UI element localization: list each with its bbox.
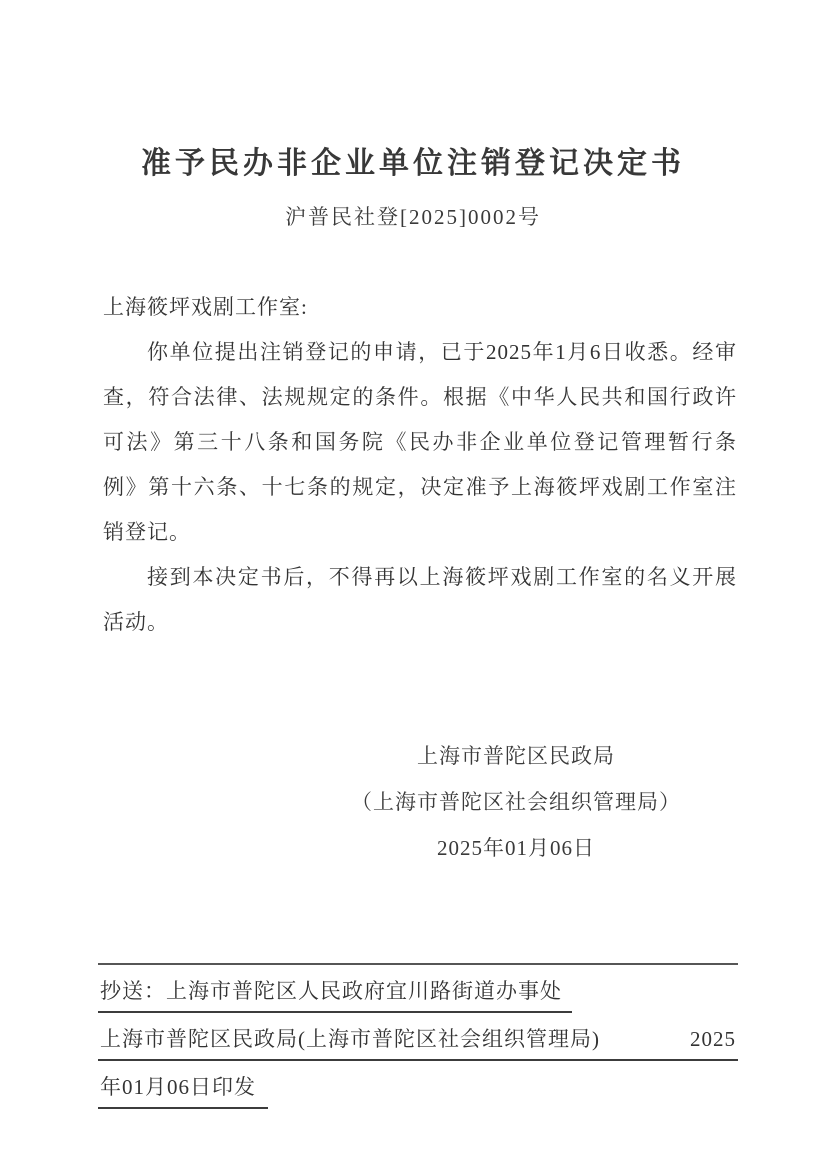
- document-body: 上海筱坪戏剧工作室: 你单位提出注销登记的申请，已于2025年1月6日收悉。经审…: [103, 285, 737, 645]
- issuer-line-text: 上海市普陀区民政局(上海市普陀区社会组织管理局): [98, 1023, 600, 1053]
- cc-line-text: 抄送：上海市普陀区人民政府宜川路街道办事处: [98, 975, 572, 1013]
- document-page: 准予民办非企业单位注销登记决定书 沪普民社登[2025]0002号 上海筱坪戏剧…: [0, 0, 826, 1168]
- body-line: 你单位提出注销登记的申请，已于2025年1月6日收悉。经审: [103, 330, 737, 375]
- cc-line: 抄送：上海市普陀区人民政府宜川路街道办事处: [98, 975, 572, 1013]
- signature-date: 2025年01月06日: [338, 825, 694, 871]
- issue-date-line-text: 年01月06日印发: [98, 1071, 268, 1109]
- body-line: 接到本决定书后，不得再以上海筱坪戏剧工作室的名义开展: [103, 555, 737, 600]
- issue-date-line: 年01月06日印发: [98, 1071, 268, 1109]
- document-number: 沪普民社登[2025]0002号: [0, 201, 826, 231]
- body-line: 活动。: [103, 600, 737, 645]
- body-line: 例》第十六条、十七条的规定，决定准予上海筱坪戏剧工作室注: [103, 465, 737, 510]
- document-title: 准予民办非企业单位注销登记决定书: [0, 138, 826, 182]
- body-line: 可法》第三十八条和国务院《民办非企业单位登记管理暂行条: [103, 420, 737, 465]
- signature-org-alt: （上海市普陀区社会组织管理局）: [338, 779, 694, 825]
- issuer-line: 上海市普陀区民政局(上海市普陀区社会组织管理局) 2025: [98, 1023, 738, 1061]
- body-line: 销登记。: [103, 510, 737, 555]
- body-line: 查，符合法律、法规规定的条件。根据《中华人民共和国行政许: [103, 375, 737, 420]
- signature-block: 上海市普陀区民政局 （上海市普陀区社会组织管理局） 2025年01月06日: [338, 733, 694, 871]
- issue-year: 2025: [690, 1027, 738, 1052]
- addressee-line: 上海筱坪戏剧工作室:: [103, 285, 737, 330]
- signature-org: 上海市普陀区民政局: [338, 733, 694, 779]
- footer-divider: [98, 963, 738, 965]
